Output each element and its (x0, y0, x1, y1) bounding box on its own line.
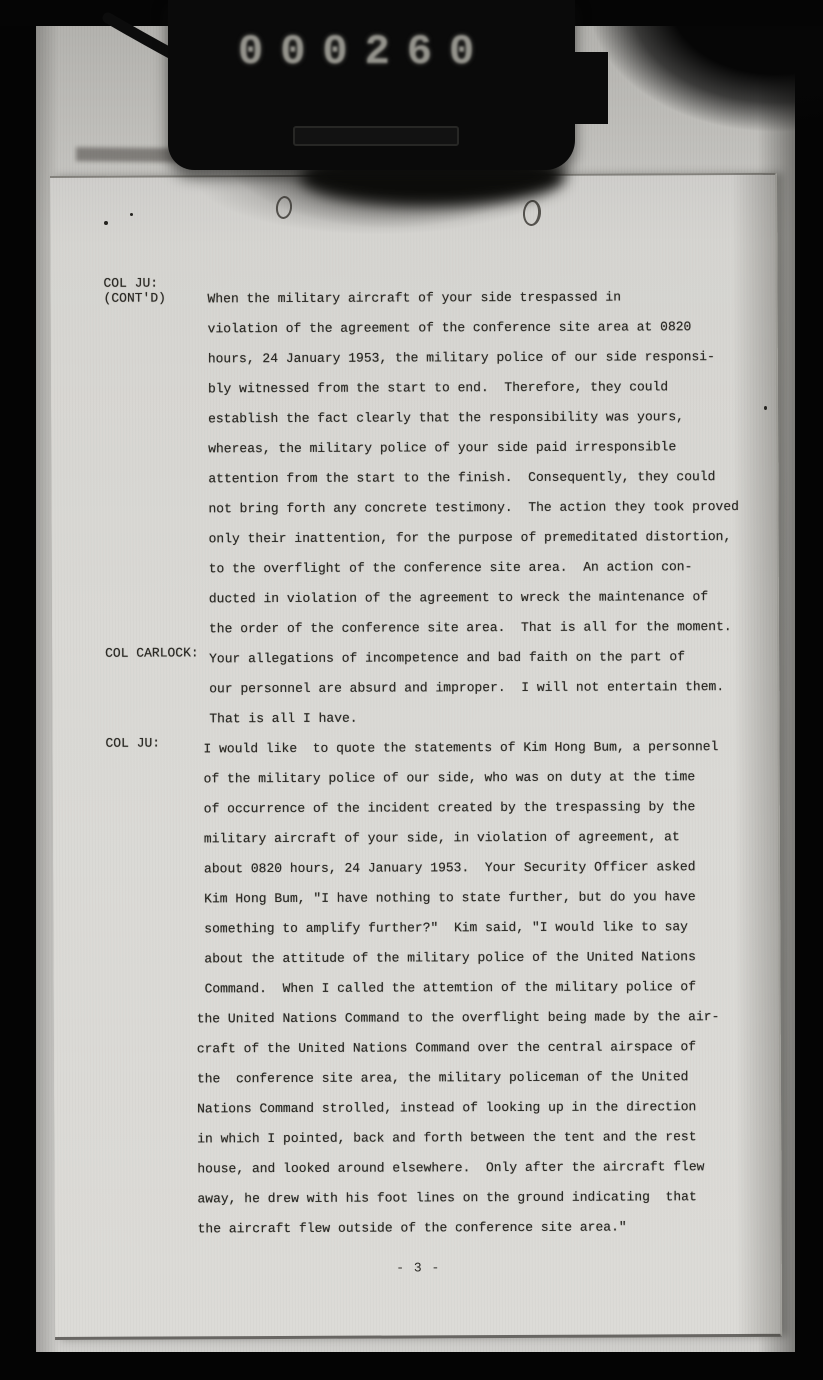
transcript-line: the aircraft flew outside of the confere… (198, 1212, 768, 1244)
transcript-line: the order of the conference site area. T… (209, 612, 765, 644)
transcript-line: in which I pointed, back and forth betwe… (197, 1122, 767, 1154)
dust-speck (130, 213, 133, 216)
transcript-line: military aircraft of your side, in viola… (204, 822, 766, 854)
transcript-line: When the military aircraft of your side … (207, 282, 763, 314)
transcript-line: of occurrence of the incident created by… (204, 792, 766, 824)
transcript-line: about 0820 hours, 24 January 1953. Your … (204, 852, 766, 884)
transcript-line: Nations Command strolled, instead of loo… (197, 1092, 767, 1124)
transcript-line: hours, 24 January 1953, the military pol… (208, 342, 764, 374)
transcript-line: the conference site area, the military p… (197, 1062, 767, 1094)
transcript-line: something to amplify further?" Kim said,… (204, 912, 766, 944)
transcript-line: I would like to quote the statements of … (203, 732, 765, 764)
transcript-line: away, he drew with his foot lines on the… (197, 1182, 767, 1214)
speaker-label: COL CARLOCK: (105, 645, 207, 660)
transcript-line: attention from the start to the finish. … (208, 462, 764, 494)
microfilm-frame: COL JU: (CONT'D) When the military aircr… (0, 0, 823, 1380)
counter-foot (293, 126, 459, 146)
transcript-line: the United Nations Command to the overfl… (197, 1002, 767, 1034)
transcript-line: our personnel are absurd and improper. I… (209, 672, 765, 704)
dialogue-entry: COL CARLOCK: Your allegations of incompe… (209, 642, 765, 734)
transcript-line: violation of the agreement of the confer… (208, 312, 764, 344)
dialogue-entry: COL JU: I would like to quote the statem… (209, 732, 767, 1244)
transcript-line: house, and looked around elsewhere. Only… (197, 1152, 767, 1184)
counter-side-tab (568, 52, 608, 124)
transcript-line: That is all I have. (209, 702, 765, 734)
transcript-line: ducted in violation of the agreement to … (209, 582, 765, 614)
transcript-line: about the attitude of the military polic… (204, 942, 766, 974)
dust-speck (104, 221, 108, 225)
counter-digits: 000260 (238, 24, 491, 80)
transcript-line: Your allegations of incompetence and bad… (209, 642, 765, 674)
transcript-line: Command. When I called the attemtion of … (204, 972, 766, 1004)
transcript-line: bly witnessed from the start to end. The… (208, 372, 764, 404)
transcript-line: whereas, the military police of your sid… (208, 432, 764, 464)
transcript-line: establish the fact clearly that the resp… (208, 402, 764, 434)
page-number: - 3 - (55, 1259, 782, 1277)
transcript-line: craft of the United Nations Command over… (197, 1032, 767, 1064)
dialogue-entry: COL JU: (CONT'D) When the military aircr… (207, 282, 765, 644)
dust-speck (764, 406, 767, 410)
transcript-line: to the overflight of the conference site… (209, 552, 765, 584)
transcript-text: COL JU: (CONT'D) When the military aircr… (207, 282, 767, 1244)
document-page: COL JU: (CONT'D) When the military aircr… (50, 173, 782, 1340)
transcript-line: not bring forth any concrete testimony. … (208, 492, 764, 524)
speaker-label: COL JU: (CONT'D) (103, 275, 205, 305)
speaker-label: COL JU: (105, 735, 207, 750)
transcript-line: only their inattention, for the purpose … (209, 522, 765, 554)
transcript-line: of the military police of our side, who … (204, 762, 766, 794)
transcript-line: Kim Hong Bum, "I have nothing to state f… (204, 882, 766, 914)
